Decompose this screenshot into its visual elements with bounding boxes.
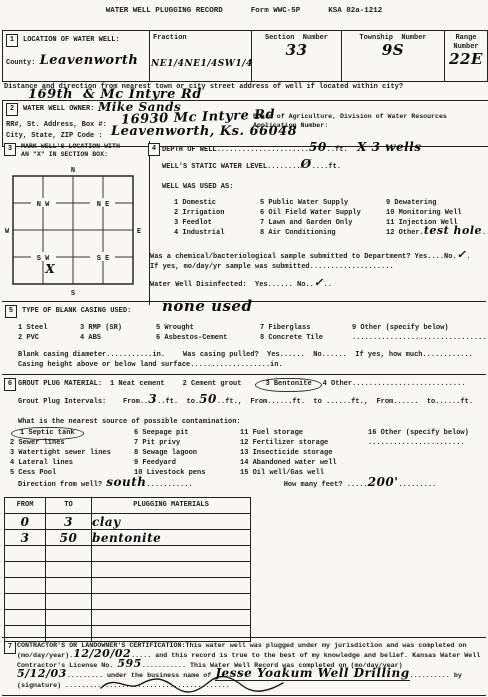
- section-1-title: LOCATION OF WATER WELL:: [23, 36, 120, 45]
- disinfected-trail: ..: [324, 281, 332, 289]
- interval-trail: ..ft., From......ft. to ......ft., From.…: [217, 398, 473, 406]
- table-header-row: FROM TO PLUGGING MATERIALS: [5, 498, 251, 514]
- use-option: 4 Industrial: [174, 229, 260, 239]
- feet-value: 200': [368, 475, 399, 489]
- sample-no-check: ✓: [457, 248, 467, 261]
- use-option: 10 Monitoring Well: [386, 209, 488, 219]
- direction-trail: ...........: [146, 481, 192, 489]
- from-cell: 3: [5, 530, 46, 546]
- grout-option-bentonite-circled: 3 Bentonite: [255, 378, 321, 392]
- county-value: Leavenworth: [40, 53, 139, 68]
- table-row: [5, 594, 251, 610]
- grout-intervals-label: Grout Plug Intervals: From..: [18, 398, 148, 406]
- contamination-question: What is the nearest source of possible c…: [18, 418, 241, 427]
- to-cell: 50: [46, 530, 92, 546]
- from-cell: [5, 546, 46, 562]
- table-row: [5, 546, 251, 562]
- agency-name: Board of Agriculture, Division of Water …: [253, 113, 485, 122]
- section-7-number: 7: [4, 641, 16, 654]
- section-3-number: 3: [4, 143, 16, 156]
- use-option-other: 12 Other.test hole....: [386, 229, 488, 239]
- casing-type-options: 1 Steel 3 RMP (SR) 5 Wrought 7 Fiberglas…: [18, 324, 488, 344]
- grid-se-label: S E: [97, 255, 110, 263]
- section-3-title-line1: MARK WELL'S LOCATION WITH: [21, 143, 120, 151]
- grid-west-label: W: [5, 228, 10, 236]
- use-option: 2 Irrigation: [174, 209, 260, 219]
- interval-from-value: 3: [148, 392, 157, 406]
- license-number-value: 595: [117, 657, 141, 670]
- disinfected-no-check: ✓: [314, 276, 324, 289]
- section-1-number: 1: [6, 34, 18, 47]
- section-number-cell: Section Number 33: [252, 31, 342, 81]
- contamination-option: 7 Pit privy: [134, 438, 240, 448]
- casing-option: 5 Wrought: [156, 324, 260, 334]
- contamination-option: 6 Seepage pit: [134, 428, 240, 438]
- contamination-col2: 6 Seepage pit 7 Pit privy 8 Sewage lagoo…: [134, 428, 240, 478]
- from-cell: [5, 610, 46, 626]
- other-use-trail: ....: [482, 229, 488, 237]
- interval-to-value: 50: [199, 392, 217, 406]
- section-3-well-location-map: 3 MARK WELL'S LOCATION WITH AN "X" IN SE…: [2, 141, 150, 305]
- record-date-value: 5/12/03: [17, 667, 67, 680]
- grid-north-label: N: [71, 167, 75, 175]
- table-row: 350bentonite: [5, 530, 251, 546]
- from-cell: [5, 562, 46, 578]
- contamination-option-other: 16 Other (specify below): [368, 428, 480, 438]
- contamination-option: 11 Fuel storage: [240, 428, 368, 438]
- section-4-well-details: 4 DEPTH OF WELL......................50.…: [146, 141, 486, 301]
- casing-option: 3 RMP (SR): [80, 324, 156, 334]
- other-use-label: 12 Other.: [386, 229, 424, 237]
- col-header-to: TO: [46, 498, 92, 514]
- disinfected-label: Water Well Disinfected: Yes...... No..: [150, 281, 314, 289]
- feet-trail: .........: [398, 481, 436, 489]
- contamination-option: 2 Sewer lines: [10, 438, 134, 448]
- range-number-label: Range Number: [453, 34, 478, 51]
- sample-trail: .: [466, 253, 470, 261]
- casing-option: 1 Steel: [18, 324, 80, 334]
- to-cell: [46, 546, 92, 562]
- used-as-label: WELL WAS USED AS:: [162, 183, 233, 192]
- section-4-number: 4: [148, 143, 160, 156]
- contamination-other-dots: .......................: [368, 438, 480, 448]
- grid-east-label: E: [137, 228, 141, 236]
- range-number-cell: Range Number 22E: [445, 31, 487, 81]
- section-5-number: 5: [5, 305, 17, 318]
- use-option: 9 Dewatering: [386, 199, 488, 209]
- casing-option: 9 Other (specify below): [352, 324, 488, 334]
- use-option: 3 Feedlot: [174, 219, 260, 229]
- from-cell: [5, 594, 46, 610]
- disinfected-line: Water Well Disinfected: Yes...... No..✓.…: [150, 281, 332, 290]
- col-header-from: FROM: [5, 498, 46, 514]
- contamination-sources: 1 Septic tank 2 Sewer lines 3 Watertight…: [10, 428, 480, 478]
- section-grid: N N W N E S W S E W E S X: [4, 163, 142, 297]
- depth-of-well-line: DEPTH OF WELL......................50..f…: [162, 146, 421, 155]
- grout-intervals-line: Grout Plug Intervals: From..3..ft. to.50…: [18, 398, 473, 407]
- contamination-col3: 11 Fuel storage 12 Fertilizer storage 13…: [240, 428, 368, 478]
- plugging-materials-table: FROM TO PLUGGING MATERIALS 03clay 350ben…: [4, 497, 251, 642]
- table-row: 03clay: [5, 514, 251, 530]
- contamination-option: 3 Watertight sewer lines: [10, 448, 134, 458]
- use-option: 5 Public Water Supply: [260, 199, 386, 209]
- grid-nw-label: N W: [37, 201, 50, 209]
- to-cell: [46, 610, 92, 626]
- other-use-value: test hole: [424, 224, 482, 237]
- contamination-option: 10 Livestock pens: [134, 468, 240, 478]
- grid-ne-label: N E: [97, 201, 110, 209]
- direction-value: south: [106, 475, 146, 489]
- contamination-option: 14 Abandoned water well: [240, 458, 368, 468]
- form-header: WATER WELL PLUGGING RECORD Form WWC-5P K…: [0, 7, 488, 16]
- owner-label: WATER WELL OWNER:: [23, 105, 94, 114]
- contamination-option: 13 Insecticide storage: [240, 448, 368, 458]
- casing-height-label: Casing height above or below land surfac…: [18, 361, 283, 370]
- contamination-option: 12 Fertilizer storage: [240, 438, 368, 448]
- use-option: 1 Domestic: [174, 199, 260, 209]
- use-option: 8 Air Conditioning: [260, 229, 386, 239]
- section-1-location: 1 LOCATION OF WATER WELL: County: Leaven…: [2, 30, 488, 82]
- direction-feet-line: Direction from well? south........... Ho…: [18, 481, 436, 490]
- casing-pulled-label: Was casing pulled? Yes...... No...... If…: [183, 351, 473, 359]
- use-option: 6 Oil Field Water Supply: [260, 209, 386, 219]
- contamination-col1: 1 Septic tank 2 Sewer lines 3 Watertight…: [10, 428, 134, 478]
- casing-diameter-line: Blank casing diameter...........in.Was c…: [18, 351, 473, 360]
- table-row: [5, 610, 251, 626]
- grout-material-line: GROUT PLUG MATERIAL:1 Neat cement2 Cemen…: [18, 380, 465, 390]
- use-option: 7 Lawn and Garden Only: [260, 219, 386, 229]
- section-6-number: 6: [4, 378, 16, 391]
- section-2-number: 2: [6, 103, 18, 116]
- section-5-title: TYPE OF BLANK CASING USED:: [22, 307, 131, 316]
- county-cell: 1 LOCATION OF WATER WELL: County: Leaven…: [3, 31, 150, 81]
- grout-option-other: 4 Other...........................: [323, 380, 466, 388]
- depth-label: DEPTH OF WELL......................: [162, 146, 309, 154]
- water-well-plugging-record-form: WATER WELL PLUGGING RECORD Form WWC-5P K…: [0, 0, 488, 697]
- grout-option-cement-grout: 2 Cement grout: [183, 380, 242, 388]
- to-cell: [46, 562, 92, 578]
- casing-option: 7 Fiberglass: [260, 324, 352, 334]
- from-cell: 0: [5, 514, 46, 530]
- section-7-certification: 7 CONTRACTOR'S OR LANDOWNER'S CERTIFICAT…: [2, 637, 486, 696]
- grout-option-neat-cement: 1 Neat cement: [110, 380, 165, 388]
- contamination-option: 9 Feedyard: [134, 458, 240, 468]
- section-5-blank-casing: 5 TYPE OF BLANK CASING USED: none used 1…: [2, 301, 486, 375]
- sample-submitted-label: Was a chemical/bacteriological sample su…: [150, 253, 457, 261]
- grout-material-label: GROUT PLUG MATERIAL:: [18, 380, 102, 388]
- casing-option: 4 ABS: [80, 334, 156, 344]
- material-cell: [92, 578, 251, 594]
- depth-note: X 3 wells: [348, 140, 422, 154]
- fraction-label: Fraction: [153, 34, 187, 42]
- material-cell: [92, 562, 251, 578]
- casing-option: 2 PVC: [18, 334, 80, 344]
- well-x-mark: X: [44, 262, 55, 276]
- static-level-line: WELL'S STATIC WATER LEVEL........Ø....ft…: [162, 163, 341, 172]
- address-value: 16930 Mc Intyre Rd: [121, 115, 275, 120]
- static-level-value: Ø: [301, 157, 312, 171]
- county-label: County:: [6, 59, 35, 67]
- casing-diameter-label: Blank casing diameter...........in.: [18, 351, 165, 359]
- depth-value: 50: [309, 140, 327, 154]
- static-level-suffix: ....ft.: [312, 163, 341, 171]
- material-cell: bentonite: [92, 530, 251, 546]
- form-title: WATER WELL PLUGGING RECORD: [106, 7, 223, 16]
- section-6-grout-plug: 6 GROUT PLUG MATERIAL:1 Neat cement2 Cem…: [2, 374, 486, 497]
- fraction-value: NE1/4NE1/4SW1/4: [151, 59, 253, 69]
- material-cell: clay: [92, 514, 251, 530]
- table-row: [5, 562, 251, 578]
- depth-suffix: ..ft.: [327, 146, 348, 154]
- contamination-option: 15 Oil well/Gas well: [240, 468, 368, 478]
- grid-south-label: S: [71, 290, 75, 297]
- township-number-cell: Township Number 9S: [342, 31, 445, 81]
- sample-date-label: If yes, mo/day/yr sample was submitted..…: [150, 263, 394, 272]
- casing-option: 6 Asbestos-Cement: [156, 334, 260, 344]
- casing-other-dots: ......................................: [352, 334, 488, 344]
- direction-from-well-label: Direction from well?: [18, 481, 106, 489]
- contamination-option: 8 Sewage lagoon: [134, 448, 240, 458]
- contamination-col4: 16 Other (specify below) ...............…: [368, 428, 480, 478]
- signature-scrawl: [97, 676, 287, 694]
- col-header-materials: PLUGGING MATERIALS: [92, 498, 251, 514]
- to-cell: [46, 578, 92, 594]
- well-use-options: 1 Domestic 5 Public Water Supply 9 Dewat…: [174, 199, 488, 239]
- table-row: [5, 578, 251, 594]
- contamination-option: 4 Lateral lines: [10, 458, 134, 468]
- contamination-option: 1 Septic tank: [20, 429, 75, 437]
- sample-submitted-line: Was a chemical/bacteriological sample su…: [150, 253, 471, 262]
- interval-mid: ..ft. to.: [157, 398, 199, 406]
- how-many-feet-label: How many feet? .....: [263, 481, 368, 489]
- material-cell: [92, 610, 251, 626]
- section-3-title-line2: AN "X" IN SECTION BOX:: [21, 151, 120, 159]
- to-cell: 3: [46, 514, 92, 530]
- casing-option: 8 Concrete Tile: [260, 334, 352, 344]
- from-cell: [5, 578, 46, 594]
- cert-part: ..........: [410, 672, 450, 680]
- material-cell: [92, 546, 251, 562]
- grout-option-bentonite: 3 Bentonite: [265, 380, 311, 388]
- to-cell: [46, 594, 92, 610]
- material-cell: [92, 594, 251, 610]
- fraction-cell: Fraction NE1/4NE1/4SW1/4: [150, 31, 252, 81]
- ksa-reference: KSA 82a-1212: [328, 7, 382, 16]
- form-number: Form WWC-5P: [251, 7, 301, 16]
- static-level-label: WELL'S STATIC WATER LEVEL........: [162, 163, 301, 171]
